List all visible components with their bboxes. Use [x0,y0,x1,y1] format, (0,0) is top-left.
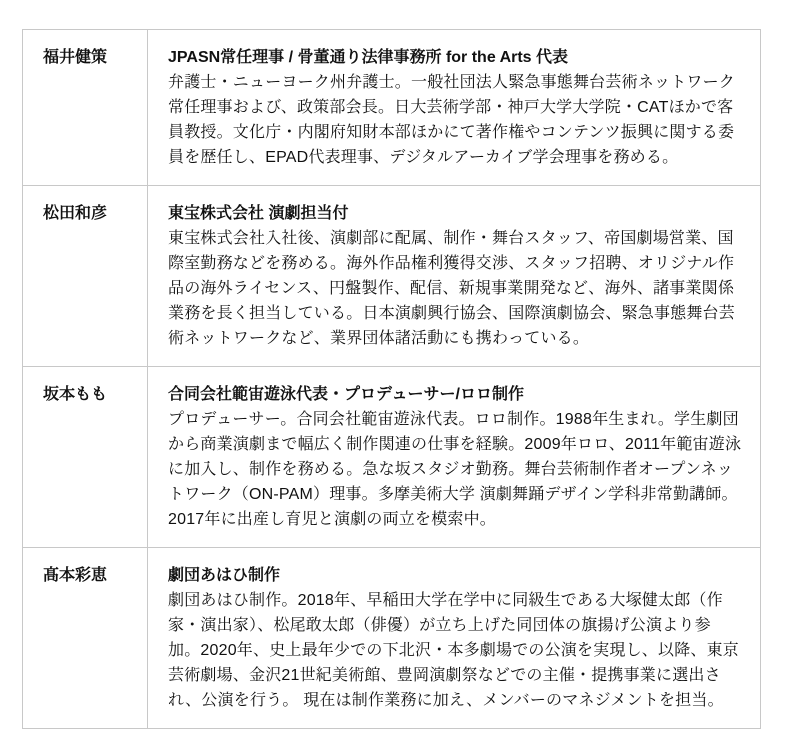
table-row: 松田和彦 東宝株式会社 演劇担当付 東宝株式会社入社後、演劇部に配属、制作・舞台… [23,186,760,367]
person-details: JPASN常任理事 / 骨董通り法律事務所 for the Arts 代表 弁護… [148,30,760,185]
person-name: 坂本もも [23,367,148,547]
person-title: 東宝株式会社 演劇担当付 [168,201,743,226]
person-name: 福井健策 [23,30,148,185]
person-title: JPASN常任理事 / 骨董通り法律事務所 for the Arts 代表 [168,45,743,70]
person-title: 劇団あはひ制作 [168,563,743,588]
person-name: 松田和彦 [23,186,148,366]
table-row: 髙本彩恵 劇団あはひ制作 劇団あはひ制作。2018年、早稲田大学在学中に同級生で… [23,548,760,728]
person-details: 合同会社範宙遊泳代表・プロデューサー/ロロ制作 プロデューサー。合同会社範宙遊泳… [148,367,760,547]
person-name: 髙本彩恵 [23,548,148,728]
page: 福井健策 JPASN常任理事 / 骨董通り法律事務所 for the Arts … [0,0,800,752]
person-bio: プロデューサー。合同会社範宙遊泳代表。ロロ制作。1988年生まれ。学生劇団から商… [168,407,743,532]
person-title: 合同会社範宙遊泳代表・プロデューサー/ロロ制作 [168,382,743,407]
table-row: 坂本もも 合同会社範宙遊泳代表・プロデューサー/ロロ制作 プロデューサー。合同会… [23,367,760,548]
person-details: 劇団あはひ制作 劇団あはひ制作。2018年、早稲田大学在学中に同級生である大塚健… [148,548,760,728]
person-bio: 東宝株式会社入社後、演劇部に配属、制作・舞台スタッフ、帝国劇場営業、国際室勤務な… [168,226,743,351]
person-bio: 劇団あはひ制作。2018年、早稲田大学在学中に同級生である大塚健太郎（作家・演出… [168,588,743,713]
bio-table: 福井健策 JPASN常任理事 / 骨董通り法律事務所 for the Arts … [22,29,761,729]
table-row: 福井健策 JPASN常任理事 / 骨董通り法律事務所 for the Arts … [23,30,760,186]
person-details: 東宝株式会社 演劇担当付 東宝株式会社入社後、演劇部に配属、制作・舞台スタッフ、… [148,186,760,366]
person-bio: 弁護士・ニューヨーク州弁護士。一般社団法人緊急事態舞台芸術ネットワーク常任理事お… [168,70,743,170]
